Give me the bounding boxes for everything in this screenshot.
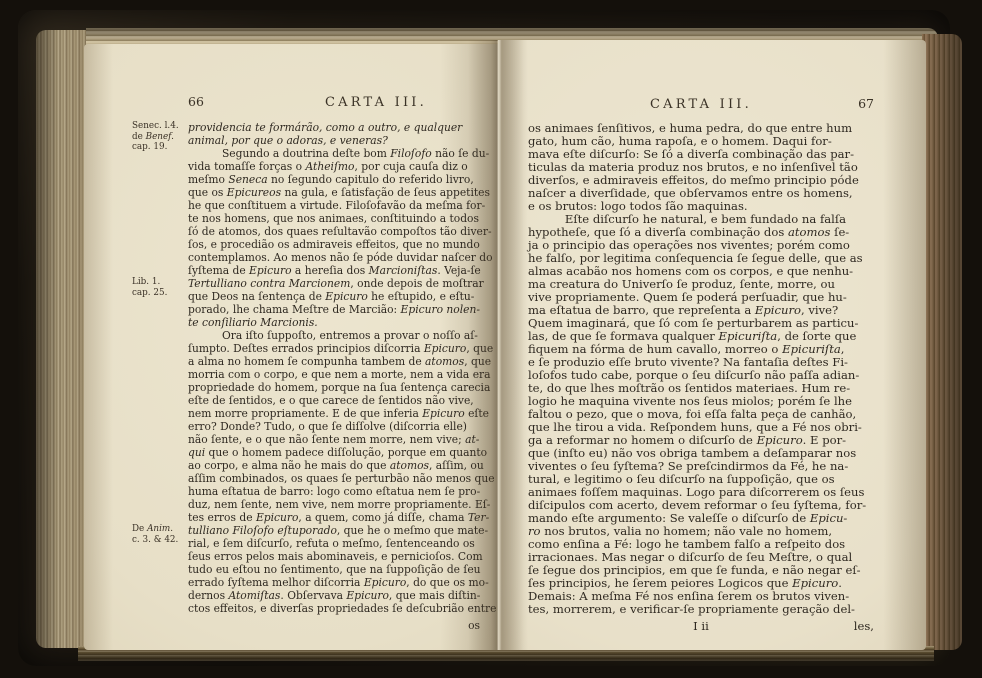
- text-line: meſmo Seneca no ſegundo capitulo do refe…: [188, 173, 480, 186]
- left-catchword: os: [188, 619, 480, 632]
- text-line: ſos, e procedião os admiraveis effeitos,…: [188, 238, 480, 251]
- text-line: dernos Atomiſtas. Obſervava Epicuro, que…: [188, 589, 480, 602]
- text-line: eſte de ſentidos, e o que carece de ſent…: [188, 394, 480, 407]
- text-line: he que conſtituem a virtude. Filoſofavão…: [188, 199, 480, 212]
- left-running-title: CARTA III.: [234, 95, 518, 110]
- text-line: não ſente, e o que não ſente nem morre, …: [188, 433, 480, 446]
- text-line: animal, por que o adoras, e veneras?: [188, 134, 480, 147]
- text-line: morria com o corpo, e que nem a morte, n…: [188, 368, 480, 381]
- text-line: qui que o homem padece diſſolução, porqu…: [188, 446, 480, 459]
- text-line: vida tomaſſe forças o Atheiſmo, por cuja…: [188, 160, 480, 173]
- margin-note: Senec. l.4.de Benef.cap. 19.: [132, 121, 179, 153]
- right-page-footer: I ii les,: [528, 619, 874, 633]
- text-line: ao corpo, e alma não he mais do que atom…: [188, 459, 480, 472]
- right-running-title: CARTA III.: [574, 97, 828, 112]
- text-line: rial, e ſem diſcurſo, refuta o meſmo, ſe…: [188, 537, 480, 550]
- margin-note: Lib. 1.cap. 25.: [132, 277, 167, 298]
- text-line: Segundo a doutrina deſte bom Filoſofo nã…: [188, 147, 480, 160]
- left-page-text: providencia te formárão, como a outro, e…: [188, 121, 480, 615]
- text-line: tudo eu eſtou no ſentimento, que na ſupp…: [188, 563, 480, 576]
- text-line: ſumpto. Deſtes errados principios diſcor…: [188, 342, 480, 355]
- page-left-66: 66 CARTA III. Senec. l.4.de Benef.cap. 1…: [84, 44, 498, 650]
- text-line: que Deos na ſentença de Epicuro he eſtup…: [188, 290, 480, 303]
- left-page-footer: os: [188, 619, 480, 632]
- text-line: propriedade do homem, porque na ſua ſent…: [188, 381, 480, 394]
- text-line: nem morre propriamente. E de que inferia…: [188, 407, 480, 420]
- text-line: te conſiliario Marcionis.: [188, 316, 480, 329]
- text-line: providencia te formárão, como a outro, e…: [188, 121, 480, 134]
- text-line: errado ſyſtema melhor diſcorria Epicuro,…: [188, 576, 480, 589]
- text-line: aſſim combinados, os quaes ſe perturbão …: [188, 472, 480, 485]
- text-line: Ora iſto ſuppoſto, entremos a provar o n…: [188, 329, 480, 342]
- left-page-number: 66: [188, 94, 234, 109]
- text-line: a alma no homem ſe compunha tambem de at…: [188, 355, 480, 368]
- text-line: duz, nem ſente, nem vive, nem morre prop…: [188, 498, 480, 511]
- text-line: ſó de atomos, dos quaes reſultavão compo…: [188, 225, 480, 238]
- text-line: ſeus erros pelos mais abominaveis, e per…: [188, 550, 480, 563]
- text-line: erro? Donde? Tudo, o que ſe diſſolve (di…: [188, 420, 480, 433]
- signature-mark: I ii: [643, 619, 758, 633]
- text-line: Tertulliano contra Marcionem, onde depoi…: [188, 277, 480, 290]
- text-line: tes, morrerem, e verificar-ſe propriamen…: [528, 603, 874, 616]
- text-line: ctos effeitos, e diverſas propriedades ſ…: [188, 602, 480, 615]
- text-line: te nos homens, que nos animaes, conſtitu…: [188, 212, 480, 225]
- right-catchword: les,: [759, 619, 874, 633]
- margin-note: De Anim.c. 3. & 42.: [132, 524, 178, 545]
- text-line: huma eſtatua de barro: logo como eſtatua…: [188, 485, 480, 498]
- text-line: que os Epicureos na gula, e ſatisfação d…: [188, 186, 480, 199]
- text-line: porado, lhe chama Meſtre de Marcião: Epi…: [188, 303, 480, 316]
- text-line: contemplamos. Ao menos não ſe póde duvid…: [188, 251, 480, 264]
- book-photograph: 66 CARTA III. Senec. l.4.de Benef.cap. 1…: [0, 0, 982, 678]
- right-page-text: os animaes ſenſitivos, e huma pedra, do …: [528, 122, 874, 616]
- right-page-number: 67: [828, 96, 874, 111]
- text-line: tes erros de Epicuro, a quem, como já di…: [188, 511, 480, 524]
- page-right-67: CARTA III. 67 os animaes ſenſitivos, e h…: [498, 40, 926, 650]
- right-page-header: CARTA III. 67: [528, 96, 874, 112]
- text-line: ſyſtema de Epicuro a hereſia dos Marcion…: [188, 264, 480, 277]
- text-line: tulliano Filoſofo eſtuporado, que he o m…: [188, 524, 480, 537]
